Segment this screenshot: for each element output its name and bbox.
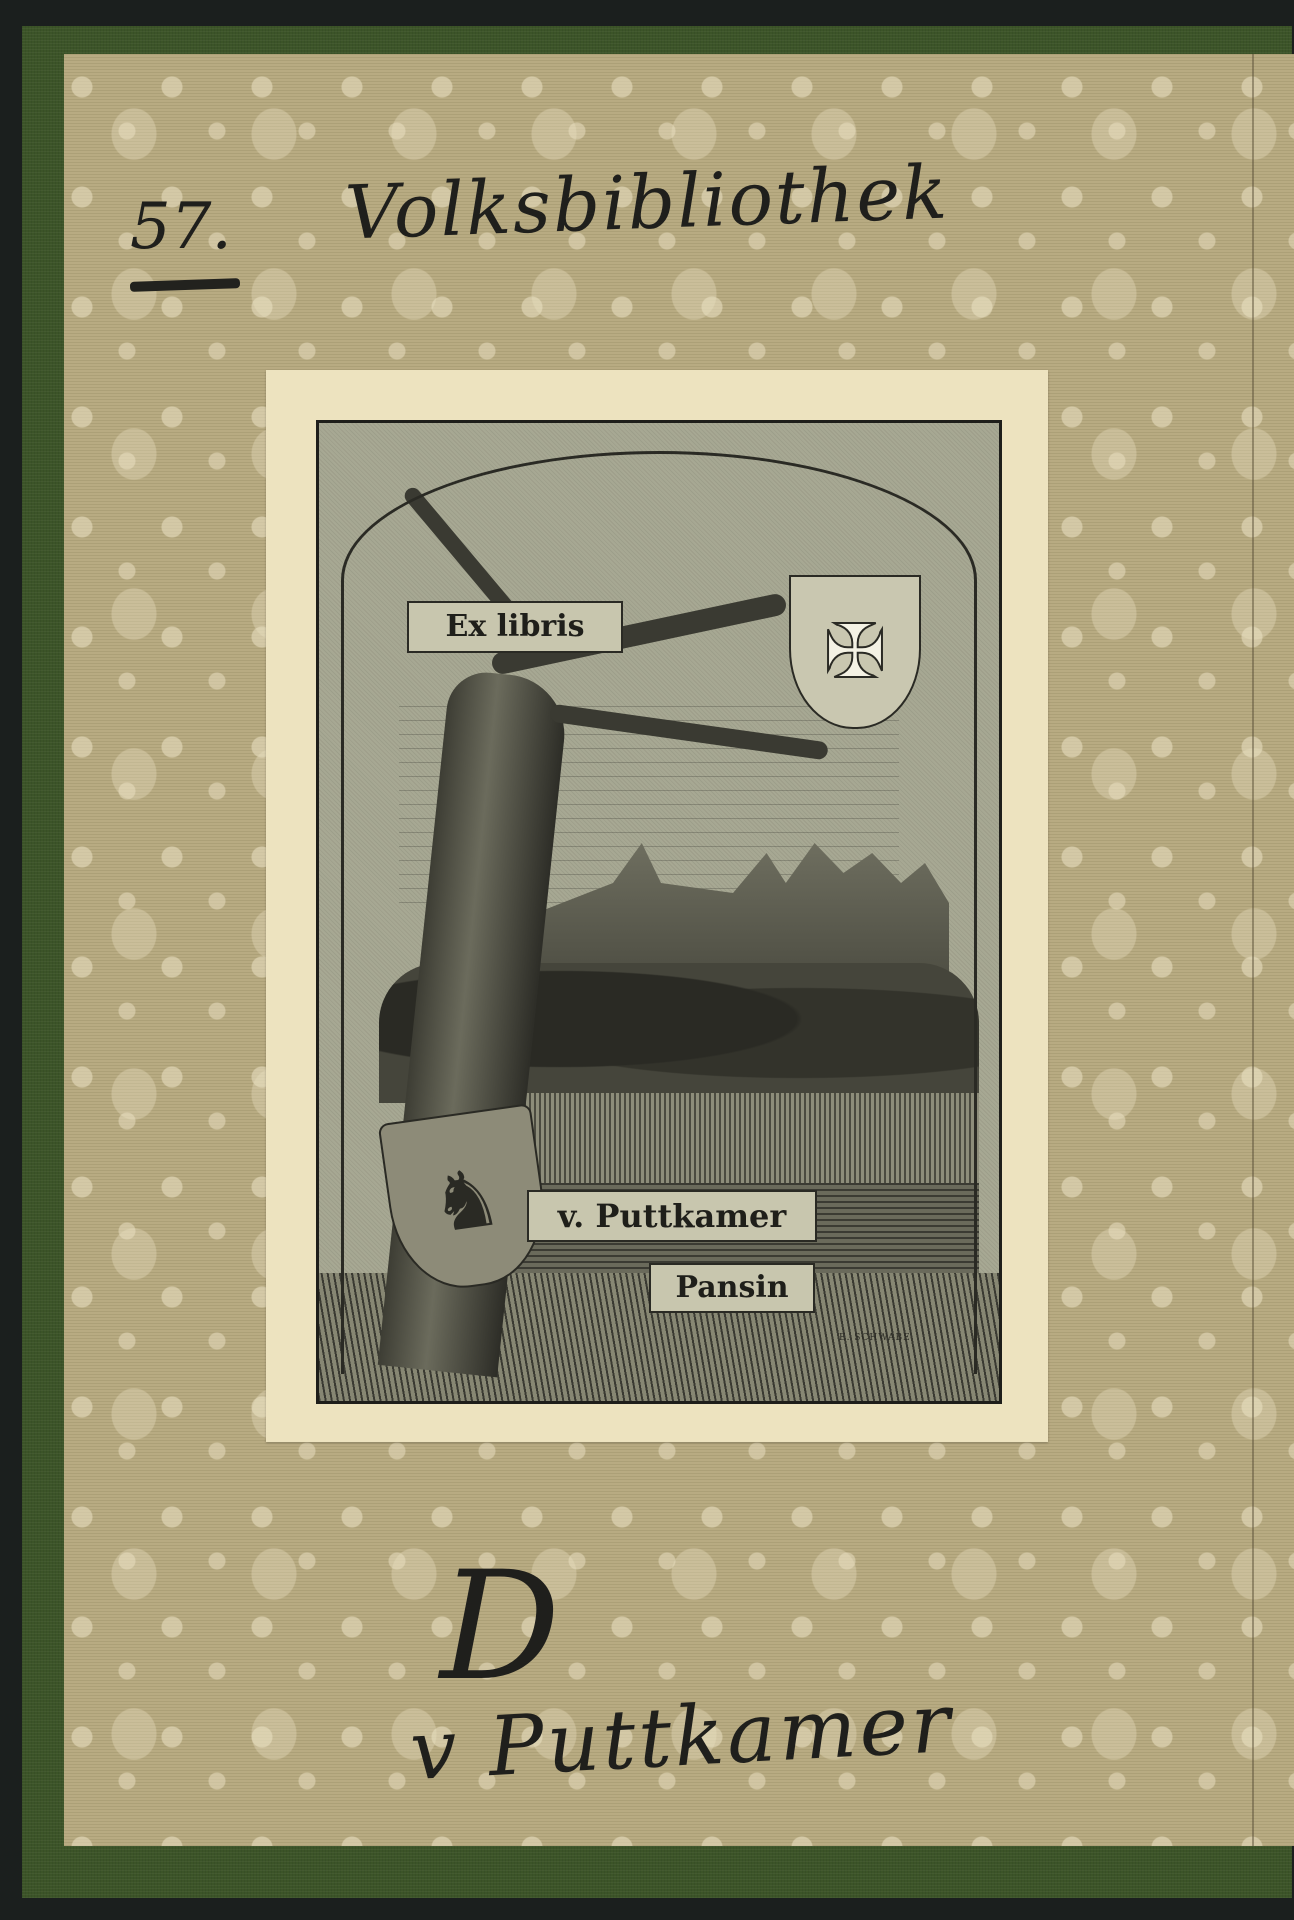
ex-libris-banner: Ex libris: [407, 601, 623, 653]
bookplate-engraving: Ex libris ✠ ♞ v. Puttkamer Pansin E. SCH…: [316, 420, 1002, 1404]
artist-signature: E. SCHWABE: [839, 1333, 911, 1343]
estate-banner: Pansin: [649, 1263, 815, 1313]
maltese-cross-icon: ✠: [789, 575, 921, 729]
signature-initial: D: [440, 1540, 560, 1714]
owner-banner: v. Puttkamer: [527, 1190, 817, 1242]
endpaper-fold: [1252, 54, 1254, 1846]
shelf-number: 57.: [130, 190, 232, 264]
bookplate: Ex libris ✠ ♞ v. Puttkamer Pansin E. SCH…: [266, 370, 1048, 1442]
